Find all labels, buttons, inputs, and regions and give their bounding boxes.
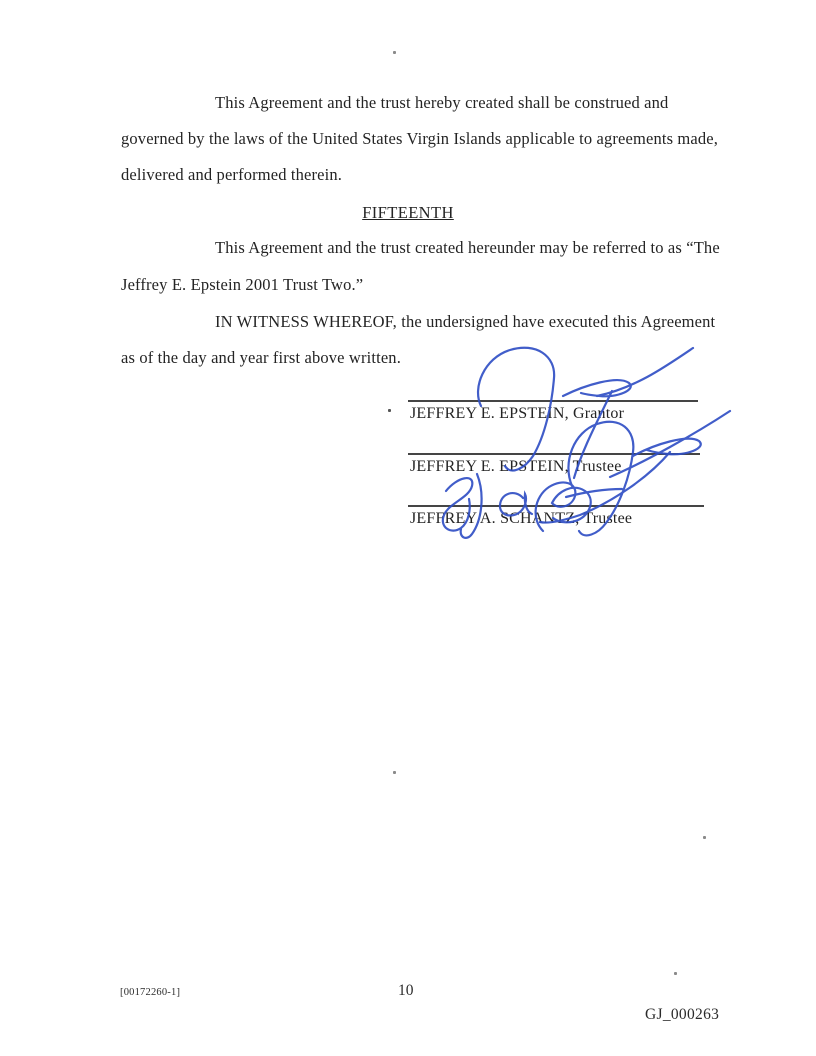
scan-speck-right — [703, 836, 706, 839]
scan-speck-top — [393, 51, 396, 54]
footer-page-number: 10 — [398, 982, 414, 1000]
section-heading: FIFTEENTH — [0, 203, 816, 223]
paragraph1-line1: This Agreement and the trust hereby crea… — [215, 92, 795, 113]
footer-bates-number: GJ_000263 — [645, 1006, 719, 1024]
paragraph3-line1: IN WITNESS WHEREOF, the undersigned have… — [215, 311, 795, 332]
document-page: This Agreement and the trust hereby crea… — [0, 0, 816, 1056]
scan-speck-footer — [674, 972, 677, 975]
signature-rule-trustee2 — [408, 505, 704, 507]
paragraph2-line1: This Agreement and the trust created her… — [215, 237, 795, 258]
signature-label-trustee1: JEFFREY E. EPSTEIN, Trustee — [410, 458, 622, 476]
section-heading-text: FIFTEENTH — [362, 203, 454, 222]
paragraph2-line2: Jeffrey E. Epstein 2001 Trust Two.” — [121, 274, 701, 295]
scan-speck-middle — [393, 771, 396, 774]
paragraph1-line2: governed by the laws of the United State… — [121, 128, 701, 149]
signature-label-trustee2: JEFFREY A. SCHANTZ, Trustee — [410, 510, 632, 528]
signature-rule-trustee1 — [408, 453, 700, 455]
signature-label-grantor: JEFFREY E. EPSTEIN, Grantor — [410, 405, 624, 423]
paragraph1-line3: delivered and performed therein. — [121, 164, 701, 185]
paragraph3-line2: as of the day and year first above writt… — [121, 347, 701, 368]
signature-ink-overlay — [0, 0, 816, 1056]
footer-document-number: [00172260-1] — [120, 987, 180, 998]
signature-rule-grantor — [408, 400, 698, 402]
scan-speck-signature — [388, 409, 391, 412]
